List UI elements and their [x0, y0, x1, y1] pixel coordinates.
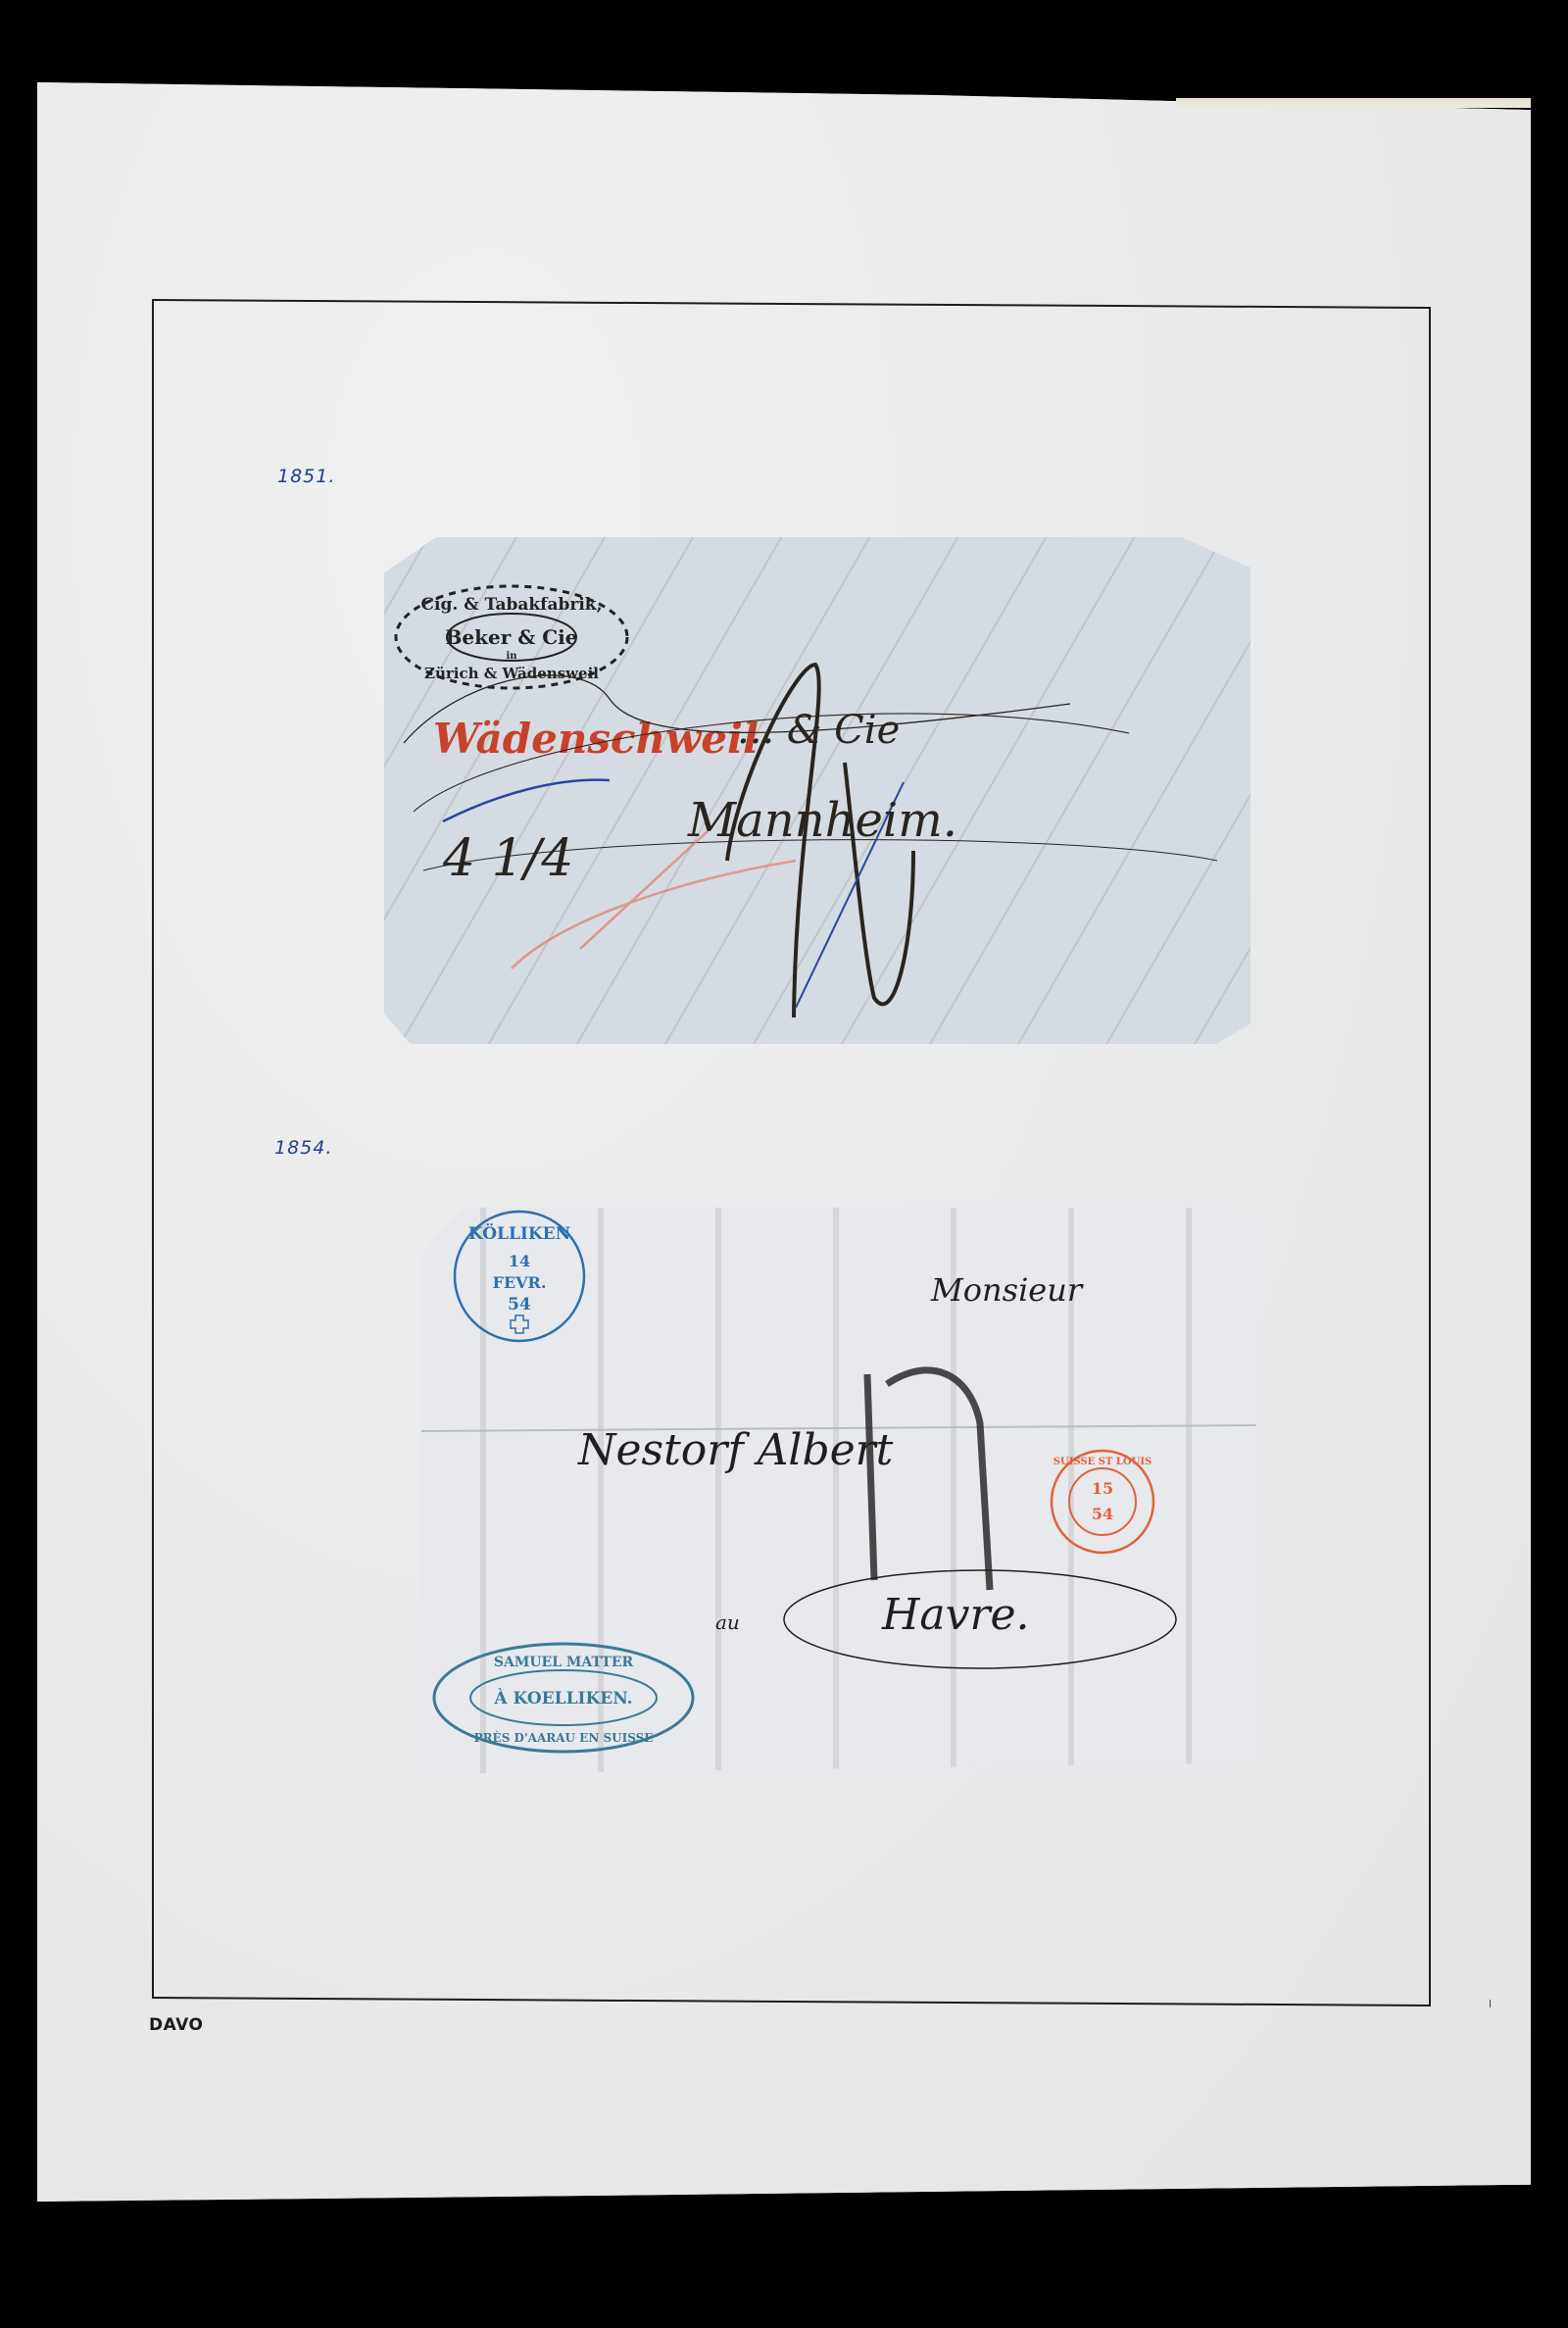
entry-cancel-st-louis: 15 54 SUISSE ST LOUIS: [1052, 1451, 1153, 1553]
year-label-1854: 1854.: [274, 1137, 332, 1159]
town-cancel-red: Wädenschweil: [433, 715, 759, 763]
date-stamp-kolliken: KÖLLIKEN 14 FEVR. 54: [455, 1212, 584, 1341]
svg-text:Beker & Cie: Beker & Cie: [446, 625, 578, 649]
page-tick-mark: [1490, 2000, 1491, 2007]
sender-oval-stamp-matter: SAMUEL MATTER À KOELLIKEN. PRÈS D'AARAU …: [434, 1644, 693, 1752]
postal-cover-1851: Cig. & Tabakfabrik, Beker & Cie in Züric…: [384, 537, 1250, 1044]
svg-text:14: 14: [509, 1252, 530, 1270]
address-line-1: ... & Cie: [737, 708, 900, 753]
svg-text:SAMUEL MATTER: SAMUEL MATTER: [494, 1655, 634, 1670]
year-label-1851: 1851.: [277, 466, 335, 487]
svg-text:SUISSE ST LOUIS: SUISSE ST LOUIS: [1053, 1457, 1151, 1467]
address-line-city: Havre.: [881, 1590, 1030, 1640]
sender-oval-stamp: Cig. & Tabakfabrik, Beker & Cie in Züric…: [396, 586, 627, 688]
address-line-monsieur: Monsieur: [930, 1271, 1084, 1309]
cover-1851-markings: Cig. & Tabakfabrik, Beker & Cie in Züric…: [384, 537, 1250, 1044]
svg-text:FEVR.: FEVR.: [493, 1273, 547, 1292]
svg-text:in: in: [506, 651, 517, 662]
page-edge-discoloration: [1176, 98, 1531, 108]
manuscript-rate: 4 1/4: [442, 829, 573, 888]
publisher-mark: DAVO: [149, 2015, 203, 2035]
svg-text:PRÈS D'AARAU EN SUISSE: PRÈS D'AARAU EN SUISSE: [474, 1730, 654, 1745]
manuscript-rate-mark: [867, 1370, 990, 1590]
swiss-cross-icon: [511, 1315, 528, 1333]
svg-text:Cig. & Tabakfabrik,: Cig. & Tabakfabrik,: [420, 595, 602, 615]
postal-cover-1854: KÖLLIKEN 14 FEVR. 54 15 54 SUISSE ST LOU…: [421, 1208, 1256, 1774]
address-line-name: Nestorf Albert: [577, 1425, 894, 1475]
address-line-2: Mannheim.: [687, 793, 957, 848]
svg-text:À KOELLIKEN.: À KOELLIKEN.: [493, 1688, 632, 1709]
cover-1854-markings: KÖLLIKEN 14 FEVR. 54 15 54 SUISSE ST LOU…: [421, 1208, 1256, 1774]
svg-text:54: 54: [1092, 1505, 1113, 1523]
svg-text:54: 54: [508, 1295, 531, 1314]
svg-text:15: 15: [1092, 1479, 1113, 1498]
address-line-au: au: [715, 1610, 740, 1634]
svg-text:KÖLLIKEN: KÖLLIKEN: [468, 1223, 570, 1244]
